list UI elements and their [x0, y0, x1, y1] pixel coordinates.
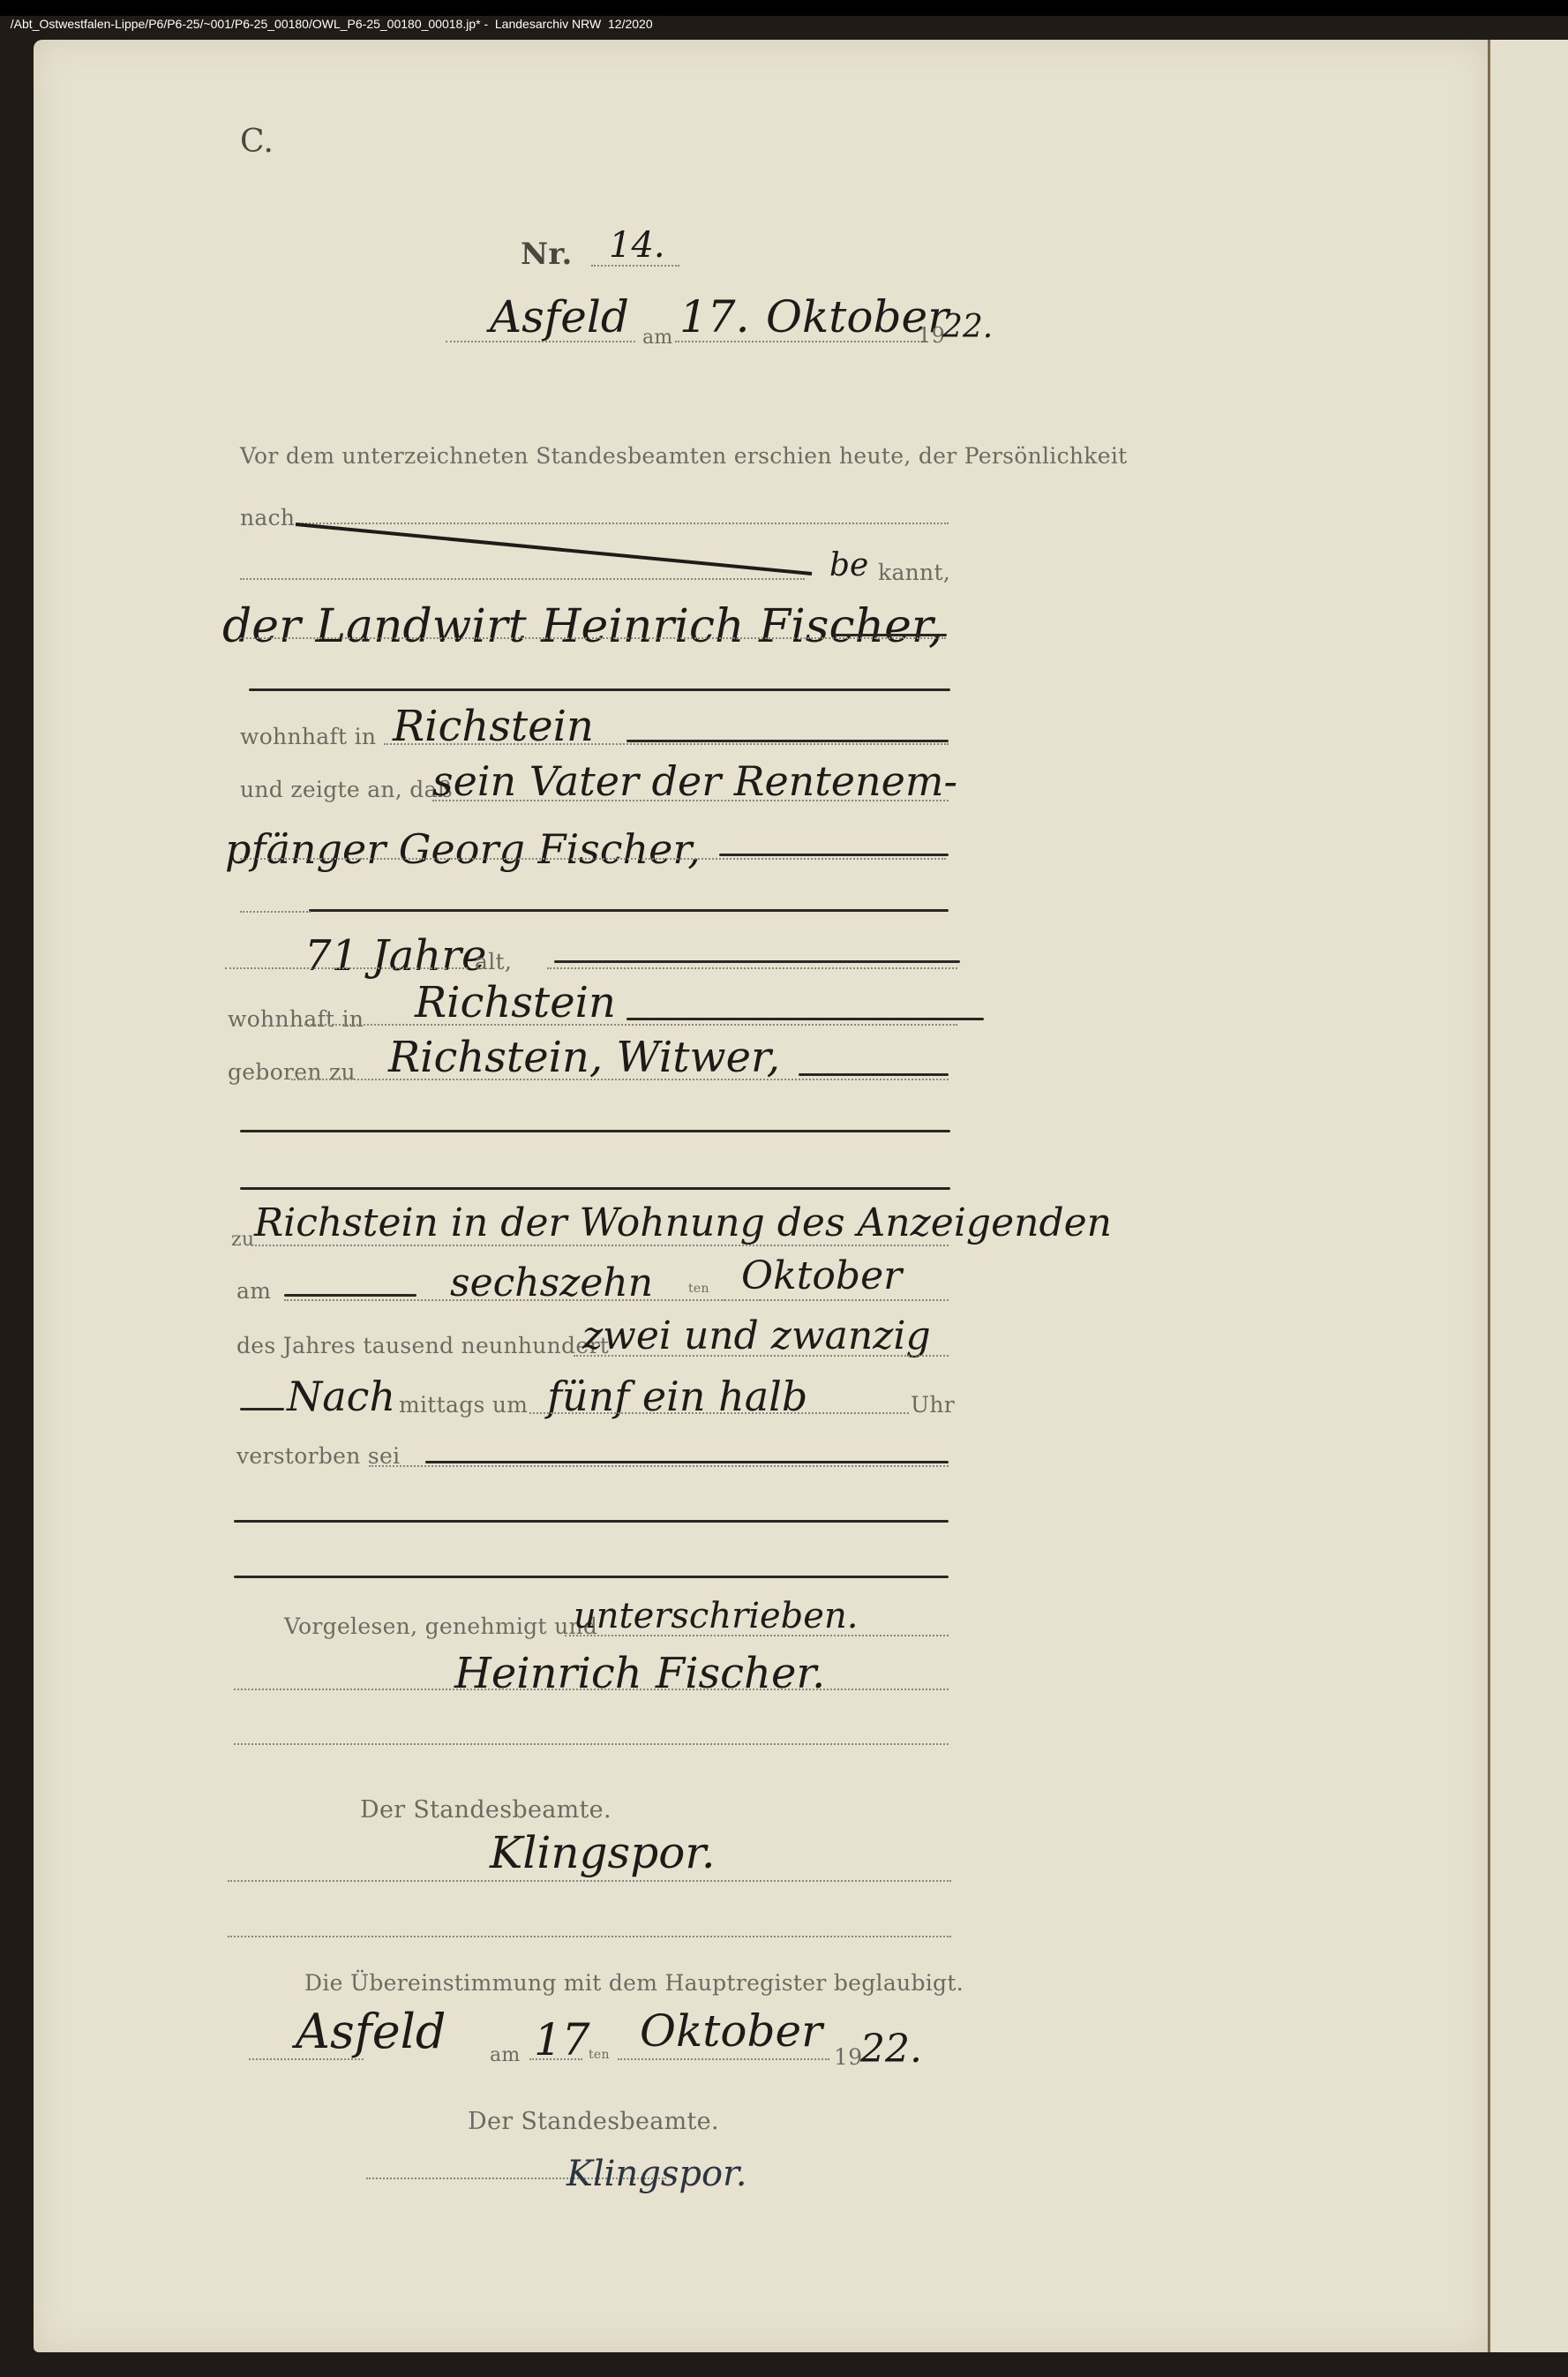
standesbeamte-label: Der Standesbeamte.: [360, 1796, 611, 1824]
death-time-line: [529, 1412, 909, 1414]
death-year-words: zwei und zwanzig: [582, 1313, 931, 1358]
registrar-signature: Klingspor.: [490, 1827, 716, 1878]
zeigte-label: und zeigte an, daß: [240, 777, 453, 802]
mittags-label: mittags um: [399, 1392, 528, 1418]
alt-label: alt,: [475, 949, 512, 974]
am-label: am: [642, 327, 673, 349]
fill-stroke: [240, 1130, 950, 1132]
age-line: [225, 967, 468, 969]
fill-stroke: [284, 1294, 416, 1297]
fill-stroke: [249, 688, 950, 691]
bekannt-label: kannt,: [878, 560, 950, 585]
vorgelesen-line: [565, 1635, 949, 1636]
informant-name: der Landwirt Heinrich Fischer,: [222, 600, 943, 653]
death-day: sechszehn: [450, 1260, 653, 1305]
nach-line-2: [240, 578, 805, 580]
fill-stroke: [799, 1073, 949, 1076]
birthplace: Richstein, Witwer,: [388, 1033, 780, 1082]
fill-stroke: [240, 1187, 950, 1190]
geboren-label: geboren zu: [228, 1059, 356, 1085]
fill-stroke: [240, 1408, 284, 1410]
birthplace-line: [291, 1079, 949, 1080]
cert-am-label: am: [490, 2044, 521, 2066]
death-month: Oktober: [741, 1253, 902, 1298]
certification-text: Die Übereinstimmung mit dem Hauptregiste…: [304, 1970, 964, 1996]
verstorben-line: [369, 1465, 949, 1467]
death-am-label: am: [236, 1278, 271, 1304]
cert-month: Oktober: [640, 2005, 822, 2057]
cert-place: Asfeld: [296, 2004, 446, 2059]
cert-place-line: [249, 2058, 364, 2060]
deceased-line: [240, 858, 946, 860]
cert-year-prefix: 19: [834, 2044, 862, 2070]
short-dotline: [240, 911, 311, 913]
death-month-line: [724, 1299, 949, 1301]
zu-label: zu: [231, 1229, 254, 1251]
fill-stroke: [554, 960, 960, 963]
intro-text: Vor dem unterzeichneten Standesbeamten e…: [240, 443, 1127, 469]
zeigte-line: [432, 800, 949, 801]
fill-stroke: [425, 1461, 949, 1463]
bekannt-handwritten: be: [829, 547, 868, 583]
tageszeit: Nach: [287, 1373, 395, 1420]
record-place: Asfeld: [490, 291, 629, 342]
informant-line: [240, 637, 946, 639]
number-label: Nr.: [521, 237, 573, 272]
fill-stroke: [234, 1576, 949, 1578]
deceased-line-1: sein Vater der Rentenem-: [432, 757, 957, 805]
unterschrieben-handwritten: unterschrieben.: [574, 1596, 858, 1636]
fill-stroke: [626, 740, 949, 742]
signature-line-2: [234, 1743, 949, 1745]
deceased-residence: Richstein: [415, 978, 616, 1027]
standesbeamte-label-2: Der Standesbeamte.: [468, 2108, 719, 2135]
deceased-line-2: pfänger Georg Fischer,: [225, 825, 701, 873]
file-path-title: /Abt_Ostwestfalen-Lippe/P6/P6-25/~001/P6…: [11, 17, 653, 31]
death-place: Richstein in der Wohnung des Anzeigenden: [254, 1200, 1112, 1245]
date-line: [675, 341, 927, 342]
signature-line: [234, 1689, 949, 1690]
record-day: 17.: [679, 291, 750, 342]
cert-day-line: [529, 2058, 582, 2060]
residence-line: [384, 743, 949, 745]
jahres-label: des Jahres tausend neunhundert: [236, 1333, 609, 1358]
number-line: [591, 265, 679, 267]
cert-signature: Klingspor.: [566, 2154, 747, 2194]
ten-label: ten: [688, 1282, 709, 1296]
adjacent-page-edge: [1490, 40, 1568, 2352]
record-number: 14.: [609, 225, 665, 266]
vorgelesen-label: Vorgelesen, genehmigt und: [284, 1614, 597, 1639]
uhr-label: Uhr: [911, 1392, 955, 1418]
nach-label: nach: [240, 505, 295, 530]
informant-signature: Heinrich Fischer.: [454, 1649, 825, 1698]
cert-ten-label: ten: [589, 2048, 610, 2062]
fill-stroke: [234, 1520, 949, 1523]
fill-stroke: [309, 909, 949, 912]
registrar-line-2: [228, 1936, 951, 1937]
strikethrough-stroke: [291, 519, 821, 581]
death-year-line: [574, 1355, 949, 1357]
place-line: [446, 341, 635, 342]
fill-stroke: [626, 1018, 984, 1020]
cert-month-line: [618, 2058, 829, 2060]
alt-line: [547, 967, 957, 969]
cert-year-suffix: 22.: [860, 2027, 922, 2072]
wohnhaft-label: wohnhaft in: [240, 724, 376, 749]
death-place-line: [251, 1245, 949, 1246]
window-title-bar: /Abt_Ostwestfalen-Lippe/P6/P6-25/~001/P6…: [0, 0, 1568, 16]
year-suffix: 22.: [942, 309, 993, 345]
deceased-age: 71 Jahre: [304, 931, 486, 981]
deceased-residence-line: [304, 1024, 957, 1026]
registrar-line: [228, 1880, 951, 1882]
section-letter: C.: [240, 124, 274, 160]
year-prefix: 19: [918, 323, 945, 348]
deceased-wohnhaft-label: wohnhaft in: [228, 1006, 364, 1032]
fill-stroke: [719, 854, 949, 856]
fill-stroke: [834, 634, 947, 636]
